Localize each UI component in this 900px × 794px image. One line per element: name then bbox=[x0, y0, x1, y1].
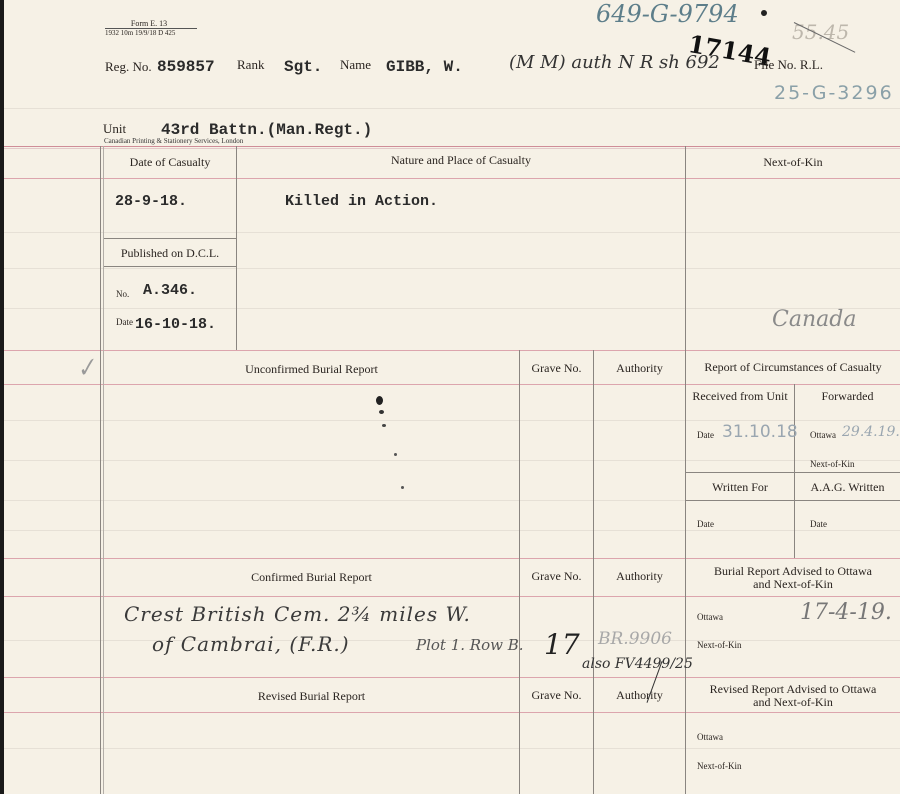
form-number: Form E. 13 bbox=[104, 19, 194, 28]
revised-advised-header-2: and Next-of-Kin bbox=[686, 695, 900, 710]
rule-line bbox=[4, 748, 900, 749]
rule-line bbox=[4, 108, 900, 109]
revised-authority-header: Authority bbox=[594, 688, 685, 703]
written-for-date-label: Date bbox=[697, 519, 714, 529]
revised-nok-label: Next-of-Kin bbox=[697, 761, 742, 771]
received-from-unit-header: Received from Unit bbox=[686, 389, 794, 404]
casualty-card: Form E. 13 1932 10m 19/9/18 D 425 649-G-… bbox=[4, 0, 900, 794]
plot-row: Plot 1. Row B. bbox=[416, 636, 524, 654]
confirmed-authority-header: Authority bbox=[594, 569, 685, 584]
reg-no-value: 859857 bbox=[157, 58, 215, 76]
ink-blot bbox=[382, 424, 386, 427]
burial-location-line1: Crest British Cem. 2¾ miles W. bbox=[124, 602, 471, 626]
rule-line bbox=[4, 308, 900, 309]
check-mark-icon: ✓ bbox=[73, 352, 100, 384]
rule-line bbox=[4, 712, 900, 713]
ink-dot bbox=[761, 10, 767, 16]
top-reference: 649-G-9794 bbox=[596, 0, 739, 28]
file-no-value: 25-G-3296 bbox=[774, 82, 894, 104]
print-info: 1932 10m 19/9/18 D 425 bbox=[105, 29, 175, 37]
received-date-value: 31.10.18 bbox=[722, 422, 798, 442]
confirmed-header: Confirmed Burial Report bbox=[104, 570, 519, 585]
forwarded-ottawa-label: Ottawa bbox=[810, 430, 836, 440]
casualty-nature: Killed in Action. bbox=[285, 193, 438, 210]
rule-line bbox=[4, 178, 900, 179]
rule-line bbox=[4, 350, 900, 351]
rule-line bbox=[4, 232, 900, 233]
aag-date-label: Date bbox=[810, 519, 827, 529]
rank-value: Sgt. bbox=[284, 58, 322, 76]
confirmed-authority: BR.9906 bbox=[598, 629, 672, 649]
rule-line bbox=[4, 420, 900, 421]
forwarded-header: Forwarded bbox=[795, 389, 900, 404]
forwarded-nok-label: Next-of-Kin bbox=[810, 459, 855, 469]
revised-header: Revised Burial Report bbox=[104, 689, 519, 704]
next-of-kin-header: Next-of-Kin bbox=[686, 155, 900, 170]
dcl-no-label: No. bbox=[116, 289, 129, 299]
confirmed-grave-header: Grave No. bbox=[520, 569, 593, 584]
rule-line bbox=[4, 268, 900, 269]
unconfirmed-grave-header: Grave No. bbox=[520, 361, 593, 376]
date-of-casualty-header: Date of Casualty bbox=[104, 155, 236, 170]
burial-advised-header-2: and Next-of-Kin bbox=[686, 577, 900, 592]
rule-line bbox=[4, 384, 900, 385]
next-of-kin-value: Canada bbox=[772, 307, 856, 332]
rule-line bbox=[4, 146, 900, 147]
rule-line bbox=[4, 148, 900, 149]
reg-no-label: Reg. No. bbox=[105, 59, 152, 75]
burial-advised-ottawa-label: Ottawa bbox=[697, 612, 723, 622]
unit-label: Unit bbox=[103, 121, 126, 137]
confirmed-grave-no: 17 bbox=[544, 628, 580, 661]
rule-line bbox=[4, 677, 900, 678]
revised-grave-header: Grave No. bbox=[520, 688, 593, 703]
unconfirmed-authority-header: Authority bbox=[594, 361, 685, 376]
dcl-no-value: A.346. bbox=[143, 282, 197, 299]
rule-line bbox=[686, 500, 900, 501]
column-line bbox=[236, 146, 237, 350]
circumstances-header: Report of Circumstances of Casualty bbox=[686, 360, 900, 375]
rule-line bbox=[4, 460, 900, 461]
rule-line bbox=[104, 266, 236, 267]
file-no-label: File No. R.L. bbox=[754, 57, 823, 73]
dcl-date-value: 16-10-18. bbox=[135, 316, 216, 333]
rule-line bbox=[4, 530, 900, 531]
name-value: GIBB, W. bbox=[386, 58, 463, 76]
ink-blot bbox=[379, 410, 384, 414]
rule-line bbox=[104, 238, 236, 239]
corner-reference: 55.45 bbox=[792, 20, 849, 44]
ink-blot bbox=[394, 453, 397, 456]
column-line bbox=[100, 146, 101, 794]
nature-place-header: Nature and Place of Casualty bbox=[237, 153, 685, 168]
casualty-date: 28-9-18. bbox=[115, 193, 187, 210]
ink-blot bbox=[376, 396, 383, 405]
dcl-header: Published on D.C.L. bbox=[104, 246, 236, 261]
rank-label: Rank bbox=[237, 57, 264, 73]
confirmed-authority-alt: also FV4499/25 bbox=[582, 656, 693, 672]
revised-ottawa-label: Ottawa bbox=[697, 732, 723, 742]
received-date-label: Date bbox=[697, 430, 714, 440]
unconfirmed-header: Unconfirmed Burial Report bbox=[104, 362, 519, 377]
aag-written-header: A.A.G. Written bbox=[795, 480, 900, 495]
burial-advised-ottawa-date: 17-4-19. bbox=[800, 600, 892, 625]
rule-line bbox=[686, 472, 900, 473]
rule-line bbox=[4, 558, 900, 559]
forwarded-ottawa-date: 29.4.19. bbox=[842, 424, 900, 440]
dcl-date-label: Date bbox=[116, 317, 133, 327]
burial-location-line2: of Cambrai, (F.R.) bbox=[152, 632, 350, 656]
column-line bbox=[794, 384, 795, 558]
printer-credit: Canadian Printing & Stationery Services,… bbox=[104, 137, 243, 145]
name-label: Name bbox=[340, 57, 371, 73]
rule-line bbox=[4, 596, 900, 597]
burial-advised-nok-label: Next-of-Kin bbox=[697, 640, 742, 650]
ink-blot bbox=[401, 486, 404, 489]
written-for-header: Written For bbox=[686, 480, 794, 495]
